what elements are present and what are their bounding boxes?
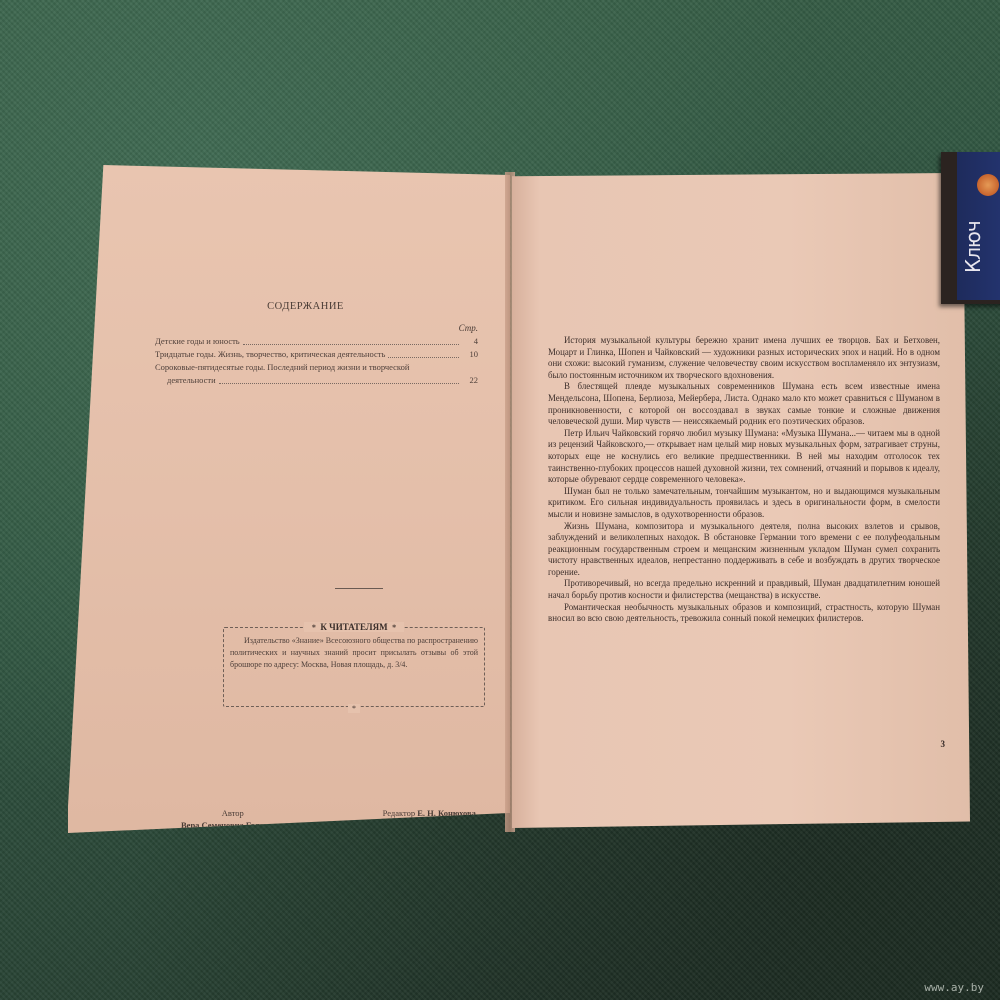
paragraph: Шуман был не только замечательным, тонча… xyxy=(548,486,940,521)
table-of-contents: Детские годы и юность 4 Тридцатые годы. … xyxy=(155,335,478,387)
right-page: История музыкальной культуры бережно хра… xyxy=(512,173,970,828)
notice-box: * К ЧИТАТЕЛЯМ * Издательство «Знание» Вс… xyxy=(223,627,485,707)
page-number: 3 xyxy=(941,739,946,749)
star-icon: * xyxy=(348,704,360,713)
toc-entry: Детские годы и юность 4 xyxy=(155,335,478,348)
notice-title: К ЧИТАТЕЛЯМ xyxy=(320,622,387,632)
paragraph: Жизнь Шумана, композитора и музыкального… xyxy=(548,521,940,579)
paragraph: Противоречивый, но всегда предельно искр… xyxy=(548,578,940,601)
toc-entry: Тридцатые годы. Жизнь, творчество, крити… xyxy=(155,348,478,361)
leader-dots xyxy=(219,382,459,384)
notice-text: Издательство «Знание» Всесоюзного общест… xyxy=(230,635,478,671)
body-text: История музыкальной культуры бережно хра… xyxy=(548,335,940,625)
matchbox-text: Ключ xyxy=(961,202,1000,292)
toc-entry: Сороковые-пятидесятые годы. Последний пе… xyxy=(155,361,478,387)
matchbox-label: Ключ xyxy=(957,152,1000,300)
paragraph: Петр Ильич Чайковский горячо любил музык… xyxy=(548,428,940,486)
matchbox: Ключ xyxy=(941,152,1000,304)
toc-title: СОДЕРЖАНИЕ xyxy=(103,301,508,312)
author-label: Автор xyxy=(181,807,285,819)
paragraph: Романтическая необычность музыкальных об… xyxy=(548,602,940,625)
star-icon: * xyxy=(392,623,396,632)
leader-dots xyxy=(243,343,459,345)
logo-icon xyxy=(977,174,999,196)
star-icon: * xyxy=(312,623,316,632)
left-page: СОДЕРЖАНИЕ Стр. Детские годы и юность 4 … xyxy=(68,165,510,833)
watermark: www.ay.by xyxy=(924,981,984,994)
leader-dots xyxy=(388,356,459,358)
divider xyxy=(335,588,383,589)
toc-page-header: Стр. xyxy=(459,323,478,333)
paragraph: В блестящей плеяде музыкальных современн… xyxy=(548,381,940,427)
paragraph: История музыкальной культуры бережно хра… xyxy=(548,335,940,381)
